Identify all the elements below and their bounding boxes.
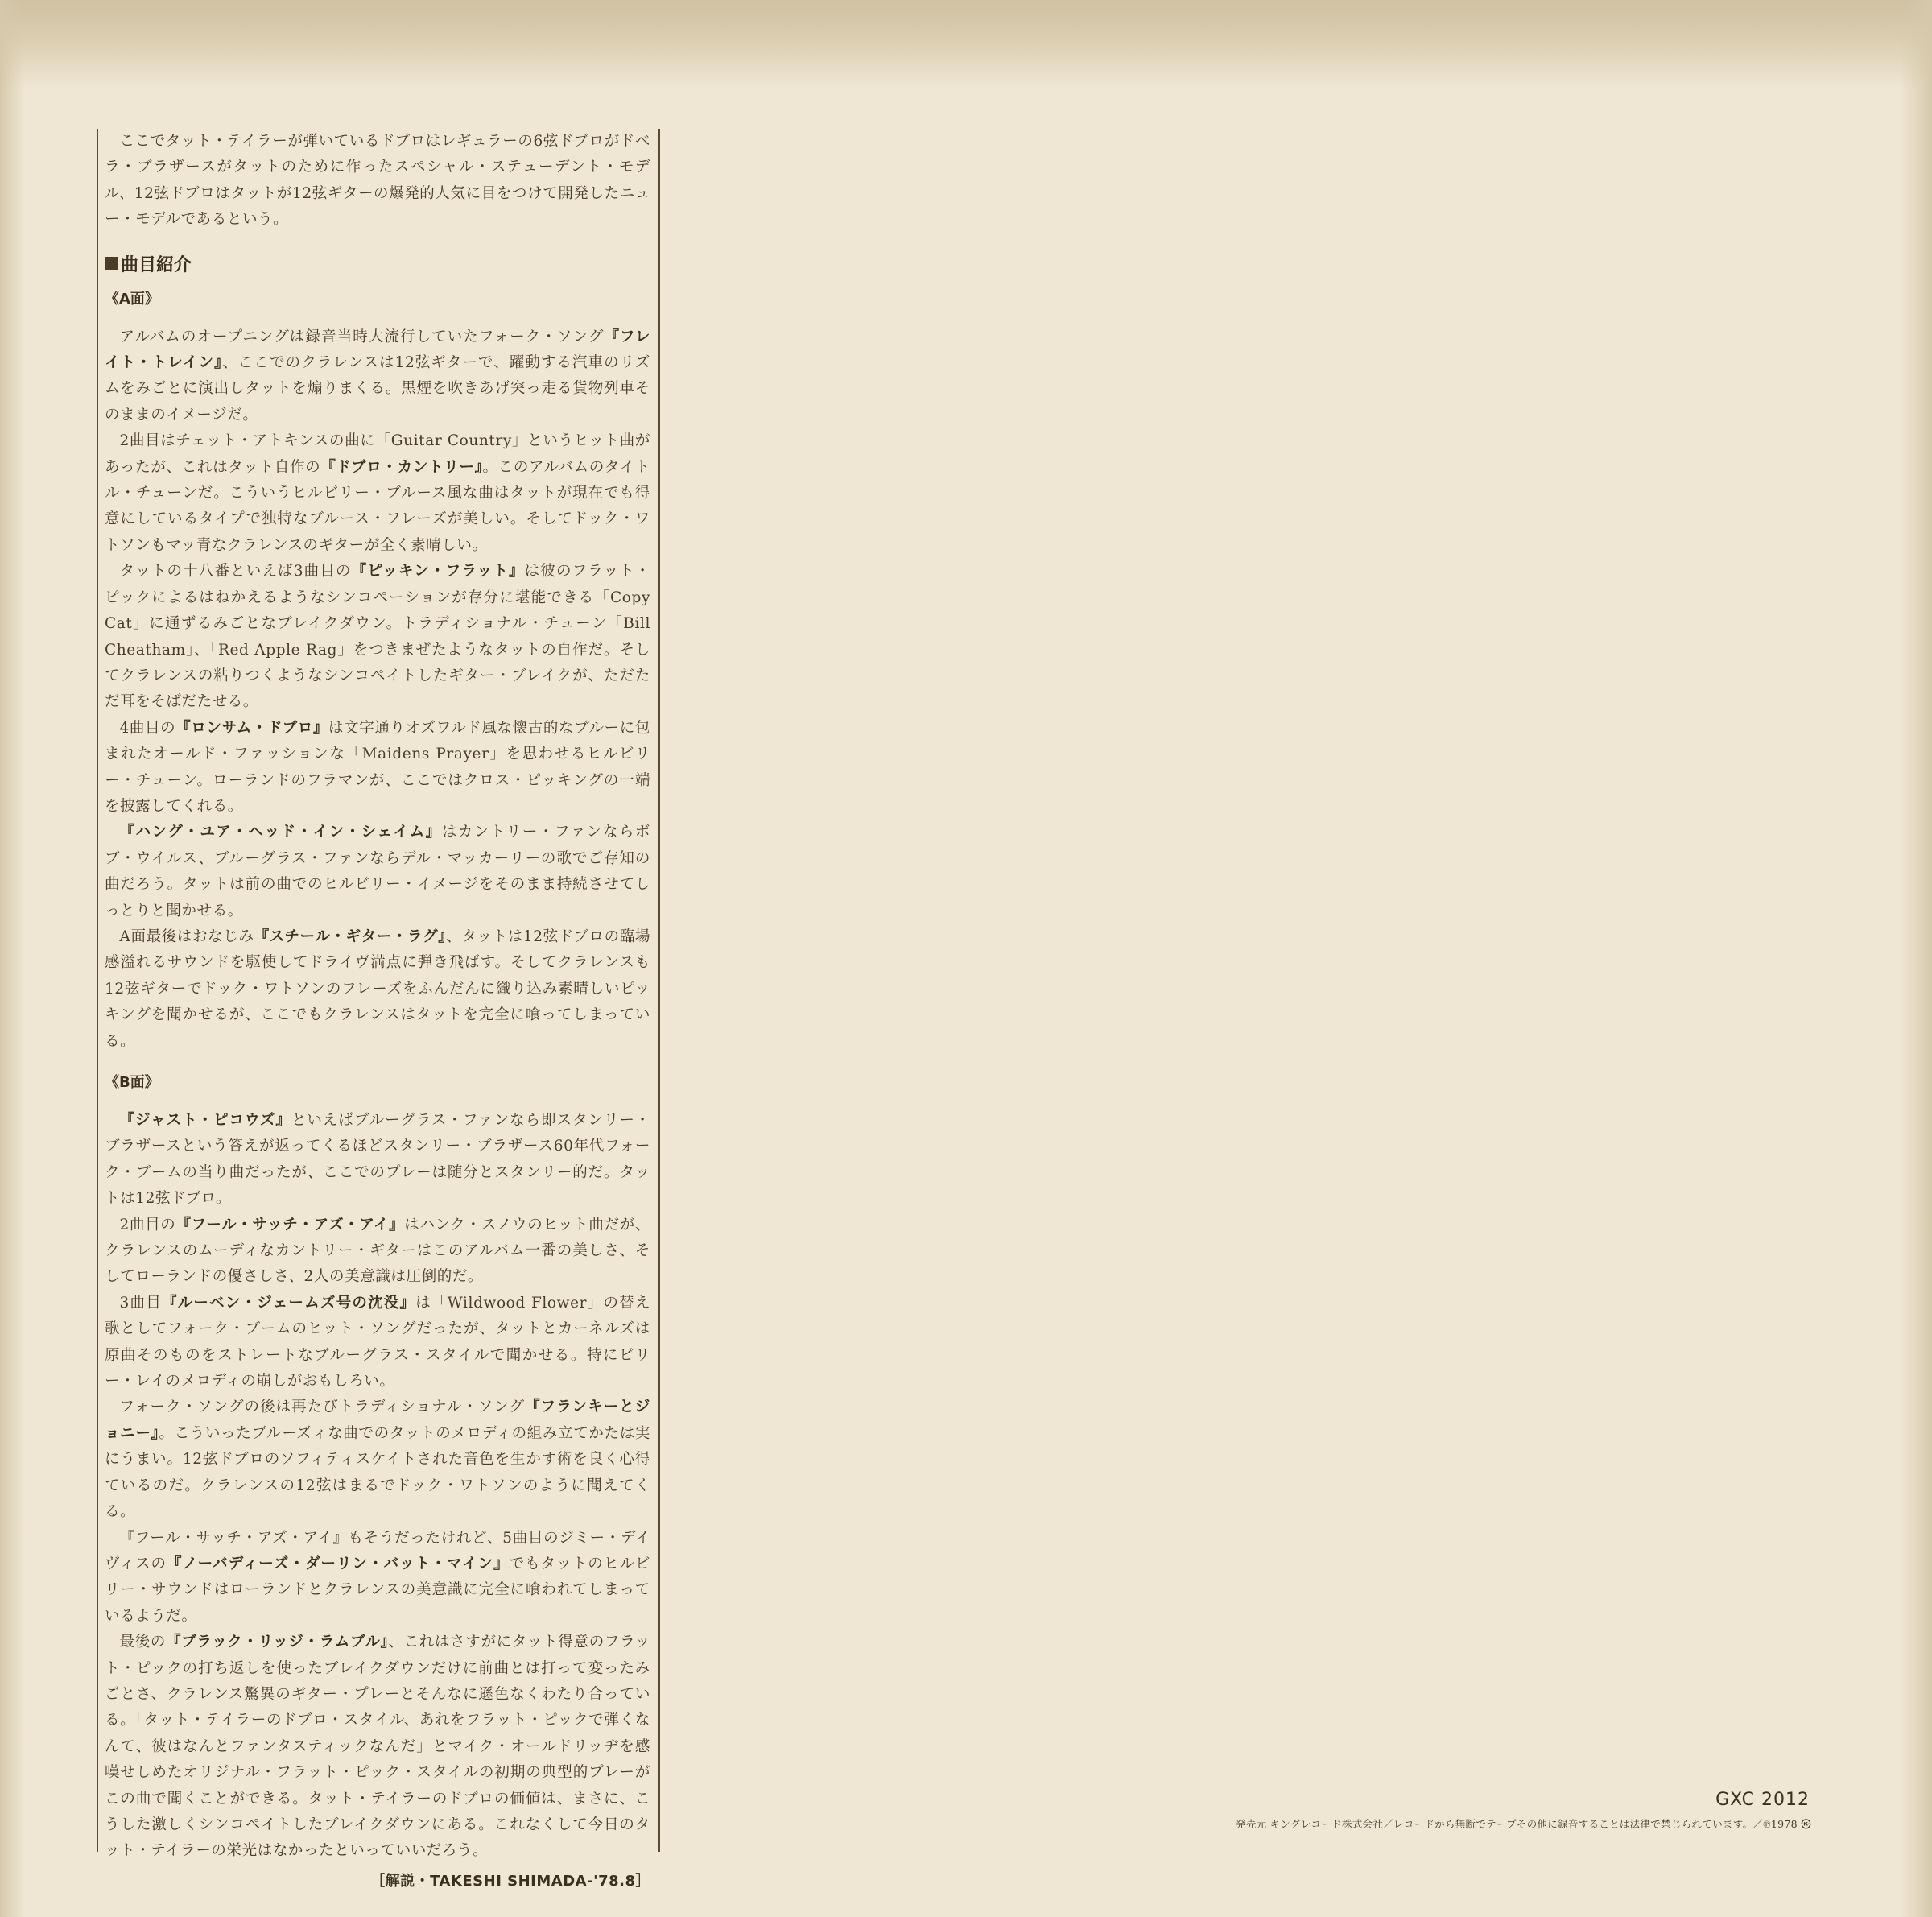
song-title: 『ブラック・リッジ・ラムブル』 bbox=[166, 1634, 388, 1651]
track-paragraph: フォーク・ソングの後は再たびトラディショナル・ソング『フランキーとジョニー』。こ… bbox=[105, 1394, 650, 1525]
paragraph-text: アルバムのオープニングは録音当時大流行していたフォーク・ソング bbox=[120, 328, 605, 345]
side-b-heading: 《B面》 bbox=[105, 1071, 650, 1092]
track-paragraph: 2曲目はチェット・アトキンスの曲に「Guitar Country」というヒット曲… bbox=[105, 428, 650, 559]
song-title: 『ロンサム・ドブロ』 bbox=[175, 720, 328, 737]
song-title: 『ドブロ・カントリー』 bbox=[320, 459, 482, 476]
track-paragraph: 『ジャスト・ピコウズ』といえばブルーグラス・ファンなら即スタンリー・ブラザースと… bbox=[105, 1108, 650, 1213]
song-title: 『スチール・ギター・ラグ』 bbox=[254, 928, 447, 945]
paragraph-text: A面最後はおなじみ bbox=[120, 928, 254, 945]
track-paragraph: A面最後はおなじみ『スチール・ギター・ラグ』、タットは12弦ドブロの臨場感溢れる… bbox=[105, 924, 650, 1055]
side-b-paragraphs: 『ジャスト・ピコウズ』といえばブルーグラス・ファンなら即スタンリー・ブラザースと… bbox=[105, 1108, 650, 1865]
square-bullet-icon bbox=[105, 257, 118, 270]
page-left-edge bbox=[0, 0, 24, 1917]
track-paragraph: タットの十八番といえば3曲目の『ピッキン・フラット』は彼のフラット・ピックによる… bbox=[105, 559, 650, 715]
author-credit: ［解説・TAKESHI SHIMADA-'78.8］ bbox=[105, 1869, 650, 1890]
legal-notice: 発売元 キングレコード株式会社／レコードから無断でテープその他に録音することは法… bbox=[1236, 1816, 1811, 1831]
paragraph-text: 最後の bbox=[120, 1634, 167, 1651]
track-paragraph: 『フール・サッチ・アズ・アイ』もそうだったけれど、5曲目のジミー・デイヴィスの『… bbox=[105, 1526, 650, 1630]
side-a-paragraphs: アルバムのオープニングは録音当時大流行していたフォーク・ソング『フレイト・トレイ… bbox=[105, 324, 650, 1055]
track-paragraph: 『ハング・ユア・ヘッド・イン・シェイム』はカントリー・ファンならボブ・ウイルス、… bbox=[105, 820, 650, 924]
paragraph-text: 、これはさすがにタット得意のフラット・ピックの打ち返しを使ったブレイクダウンだけ… bbox=[105, 1634, 650, 1859]
paragraph-text: 2曲目の bbox=[120, 1217, 176, 1233]
section-heading: 曲目紹介 bbox=[105, 251, 650, 276]
intro-paragraph: ここでタット・テイラーが弾いているドブロはレギュラーの6弦ドブロがドベラ・ブラザ… bbox=[105, 129, 650, 233]
section-heading-text: 曲目紹介 bbox=[121, 251, 192, 276]
paragraph-text: は彼のフラット・ピックによるはねかえるようなシンコペーションが存分に堪能できる「… bbox=[105, 563, 650, 710]
paragraph-text: 。こういったブルーズィな曲でのタットのメロディの組み立てかたは実にうまい。12弦… bbox=[105, 1425, 650, 1520]
song-title: 『ジャスト・ピコウズ』 bbox=[120, 1112, 291, 1129]
track-paragraph: アルバムのオープニングは録音当時大流行していたフォーク・ソング『フレイト・トレイ… bbox=[105, 324, 650, 429]
song-title: 『ピッキン・フラット』 bbox=[352, 563, 525, 580]
liner-notes-column: ここでタット・テイラーが弾いているドブロはレギュラーの6弦ドブロがドベラ・ブラザ… bbox=[97, 129, 660, 1852]
track-paragraph: 3曲目『ルーベン・ジェームズ号の沈没』は「Wildwood Flower」の替え… bbox=[105, 1291, 650, 1395]
catalog-number: GXC 2012 bbox=[1715, 1790, 1810, 1810]
paragraph-text: 3曲目 bbox=[120, 1295, 162, 1312]
song-title: 『フール・サッチ・アズ・アイ』 bbox=[175, 1217, 404, 1233]
paragraph-text: フォーク・ソングの後は再たびトラディショナル・ソング bbox=[120, 1399, 526, 1415]
song-title: 『ルーベン・ジェームズ号の沈没』 bbox=[162, 1295, 415, 1312]
paragraph-text: 、タットは12弦ドブロの臨場感溢れるサウンドを駆使してドライヴ満点に弾き飛ばす。… bbox=[105, 928, 650, 1050]
track-paragraph: 2曲目の『フール・サッチ・アズ・アイ』はハンク・スノウのヒット曲だが、クラレンス… bbox=[105, 1213, 650, 1291]
side-a-heading: 《A面》 bbox=[105, 287, 650, 308]
paragraph-text: タットの十八番といえば3曲目の bbox=[120, 563, 352, 580]
track-paragraph: 最後の『ブラック・リッジ・ラムブル』、これはさすがにタット得意のフラット・ピック… bbox=[105, 1630, 650, 1865]
song-title: 『ノーバディーズ・ダーリン・バット・マイン』 bbox=[167, 1555, 510, 1572]
paragraph-text: 4曲目の bbox=[120, 720, 176, 737]
song-title: 『ハング・ユア・ヘッド・イン・シェイム』 bbox=[120, 824, 442, 841]
page-right-edge bbox=[1900, 0, 1932, 1917]
track-paragraph: 4曲目の『ロンサム・ドブロ』は文字通りオズワルド風な懐古的なブルーに包まれたオー… bbox=[105, 716, 650, 820]
